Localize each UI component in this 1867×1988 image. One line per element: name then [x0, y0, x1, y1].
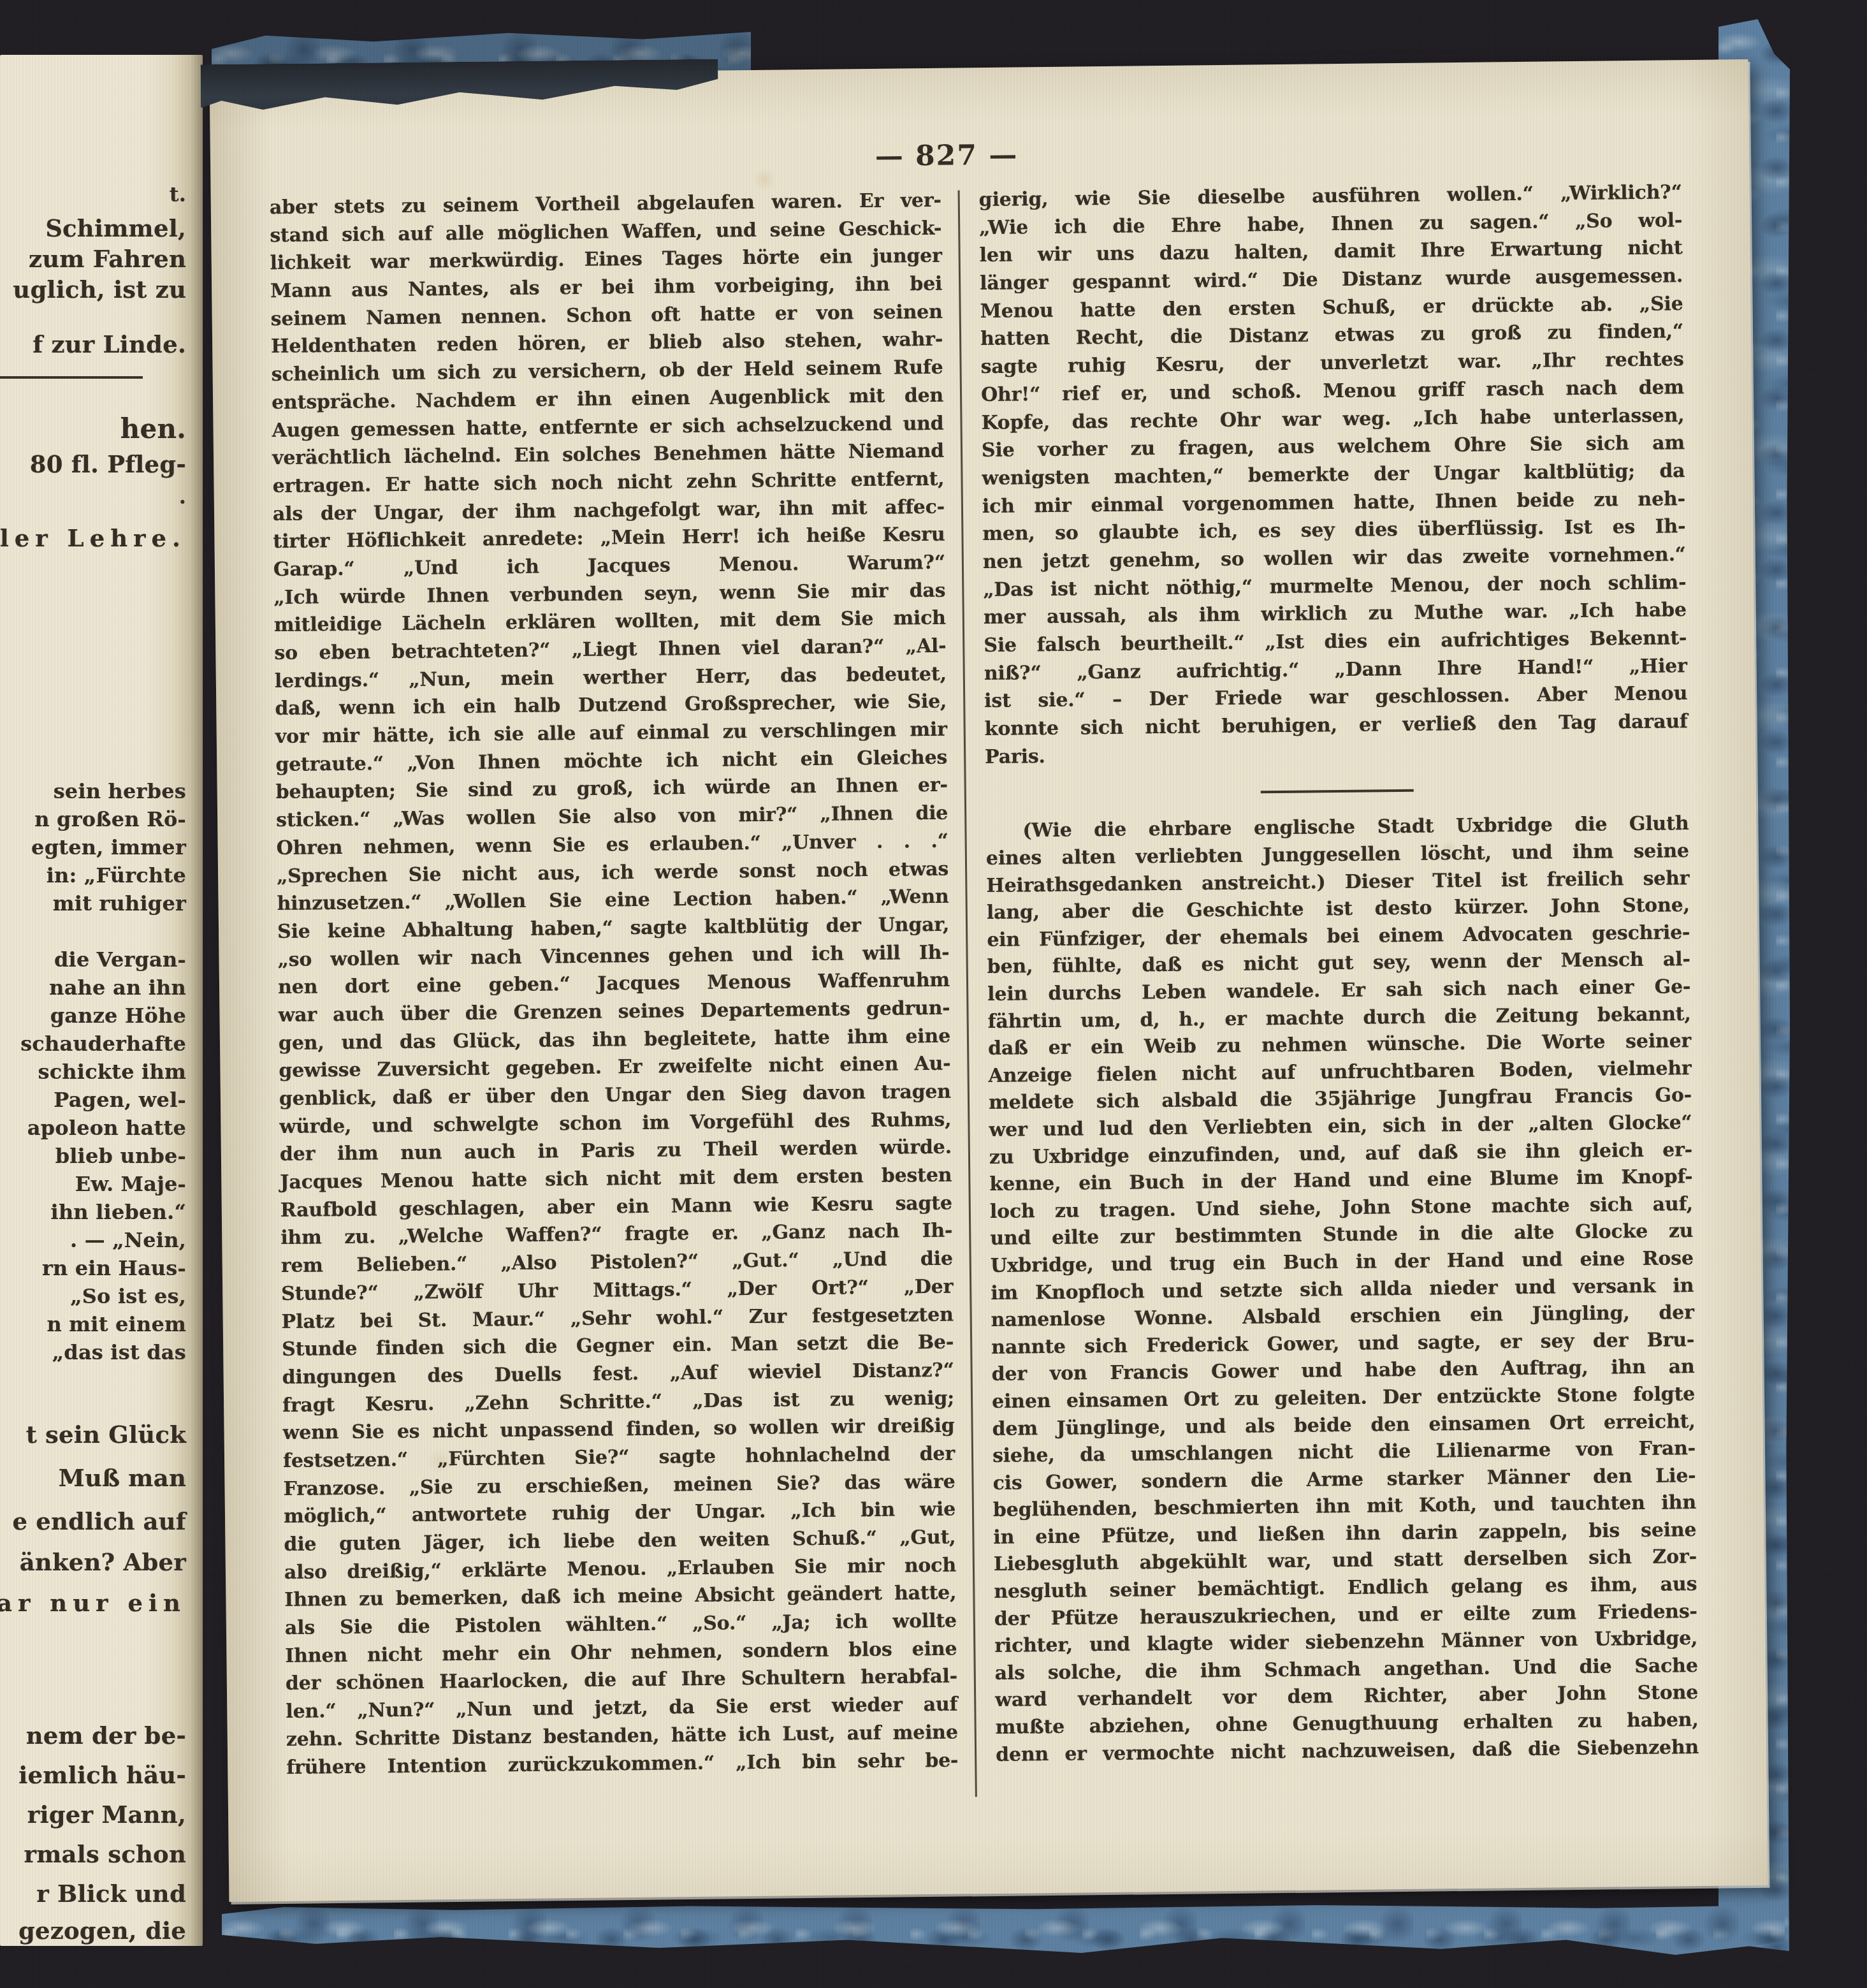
sliver-text-column: t.Schimmel,zum Fahrenuglich, ist zuf zur… [0, 0, 193, 1988]
sliver-text-fragment: zum Fahren [29, 245, 186, 273]
sliver-text-fragment: Ew. Maje- [75, 1172, 186, 1196]
sliver-text-fragment: Schimmel, [45, 214, 186, 242]
sliver-text-fragment: uglich, ist zu [13, 275, 186, 303]
sliver-text-fragment: „das ist das [52, 1340, 186, 1364]
duel-story-text: gierig, wie Sie dieselbe ausführen wolle… [979, 179, 1689, 771]
sliver-text-fragment: ihn lieben.“ [51, 1200, 186, 1224]
sliver-text-fragment: nem der be- [26, 1721, 186, 1750]
sliver-text-fragment: . — „Nein, [70, 1228, 186, 1252]
sliver-text-fragment: die Vergan- [54, 947, 186, 972]
sliver-text-fragment: iemlich häu- [18, 1761, 186, 1789]
sliver-section-rule [0, 376, 143, 379]
sliver-text-fragment: schauderhafte [20, 1032, 186, 1056]
page-number: — 827 — [177, 131, 1716, 180]
story-separator [985, 764, 1689, 819]
sliver-text-fragment: „So ist es, [70, 1284, 186, 1308]
sliver-text-fragment: blieb unbe- [55, 1144, 186, 1168]
sliver-text-fragment: änken? Aber [20, 1548, 186, 1576]
sliver-text-fragment: f zur Linde. [33, 330, 186, 358]
sliver-text-fragment: n mit einem [47, 1312, 186, 1336]
sliver-text-fragment: e endlich auf [12, 1507, 186, 1535]
sliver-text-fragment: r Blick und [36, 1880, 186, 1908]
sliver-text-fragment: ganze Höhe [50, 1004, 186, 1028]
sliver-text-fragment: gezogen, die [18, 1917, 186, 1945]
sliver-text-fragment: egten, immer [31, 835, 186, 859]
page-corner-tear [200, 59, 718, 124]
story-separator-rule [1260, 789, 1413, 794]
sliver-text-fragment: ar nur ein [0, 1589, 186, 1617]
sliver-text-fragment: hen. [120, 413, 186, 444]
sliver-text-fragment: mit ruhiger [53, 891, 186, 916]
sliver-text-fragment: t. [170, 182, 186, 207]
sliver-text-fragment: rn ein Haus- [42, 1256, 186, 1280]
sliver-text-fragment: nahe an ihn [49, 976, 186, 1000]
sliver-text-fragment: rmals schon [24, 1840, 186, 1868]
uxbridge-story-text: (Wie die ehrbare englische Stadt Uxbridg… [985, 811, 1699, 1769]
sliver-text-fragment: apoleon hatte [27, 1116, 186, 1140]
scanned-page: — 827 — aber stets zu seinem Vortheil ab… [210, 59, 1768, 1902]
sliver-text-fragment: in: „Fürchte [47, 863, 186, 888]
sliver-text-fragment: Muß man [59, 1464, 186, 1492]
sliver-text-fragment: t sein Glück [26, 1421, 186, 1449]
text-column-left: aber stets zu seinem Vortheil abgelaufen… [270, 187, 959, 1781]
sliver-text-fragment: ller Lehre. [0, 524, 186, 552]
sliver-text-fragment: Pagen, wel- [54, 1088, 186, 1112]
sliver-text-fragment: n großen Rö- [34, 807, 186, 831]
column-divider-rule [958, 190, 977, 1797]
book-cover-edge-bottom [222, 1905, 1785, 1955]
sliver-text-fragment: schickte ihm [38, 1060, 186, 1084]
sliver-text-fragment: riger Mann, [27, 1801, 186, 1829]
sliver-text-fragment: sein herbes [54, 779, 186, 803]
sliver-text-fragment: 80 fl. Pfleg- [30, 450, 186, 478]
sliver-text-fragment: . [179, 485, 186, 509]
text-column-right: gierig, wie Sie dieselbe ausführen wolle… [979, 179, 1699, 1769]
